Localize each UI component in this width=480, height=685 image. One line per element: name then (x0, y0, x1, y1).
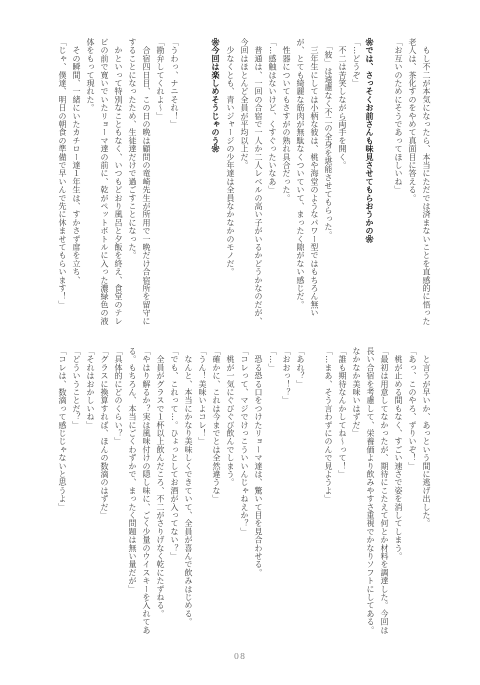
text-line: 「…どうぞ」 (349, 38, 363, 327)
text-line: 桃が止める間もなく、すごい速さで姿を消してしまう。 (391, 347, 405, 636)
emphasis-line: ❀では、さっそくお前さんも味見させてもらおうかの❀ (363, 38, 377, 327)
text-line: 合宿四日目、この日の晩は顧問の竜崎先生が所用で一晩だけ合宿所を留守にすることにな… (125, 38, 153, 327)
text-line: 「彼」は遠慮なく不二の全身を堪能させてもらった。 (321, 38, 335, 327)
text-line: その瞬間、一緒にいたカチロー達１年生は、すかさず席を立ち、 (69, 38, 83, 327)
text-line: 「おおっ！？」 (279, 347, 293, 636)
text-line: 「でも、これって…。ひょっとしてお酒が入ってない？」 (167, 347, 181, 636)
text-line: 「うわっ、ナニそれ！」 (167, 38, 181, 327)
text-line: 「勘弁してくれよ～」 (153, 38, 167, 327)
text-line: 「最初は用意してなかったが、期待にこたえて何とか材料を調達した。今回は長い合宿を… (349, 347, 391, 636)
text-line: 「コレって、マジでけっこういいんじゃねえか？」 (237, 347, 251, 636)
text-line: 恐る恐る口をつけたリョーマ達は、驚いて目を見合わせる。 (251, 347, 265, 636)
text-line: 「やはり解るか？実は風味付けの隠し味に、ごく少量のウイスキーを入れてある。もちろ… (125, 347, 153, 636)
text-line: 「グラスに換算すれば、ほんの数滴のはずだ」 (97, 347, 111, 636)
text-line: 「それはおかしいね」 (83, 347, 97, 636)
text-tier-upper: もし不二が本気になったら、本当にただでは済まないことを直感的に悟った老人は、茶化… (55, 38, 433, 327)
blank-line (195, 38, 209, 327)
text-line: 「…感触はないけど、くすぐったいなあ」 (265, 38, 279, 327)
text-line: 「あれ？」 (293, 347, 307, 636)
text-line: 「具体的にどのくらい？」 (111, 347, 125, 636)
emphasis-line: ❀今回は楽しめそうじゃのう❀ (209, 38, 223, 327)
text-line: 普通は、一回の合宿で一人か二人レベルの高い子がいるかどうかなのだが、今回はほとん… (237, 38, 265, 327)
text-line: 「お互いのためにそうであってほしいね」 (391, 38, 405, 327)
text-line: 「確かに、これは今までとは全然違うな」 (209, 347, 223, 636)
blank-line (377, 38, 391, 327)
text-line: 「…まあ、そう言わずにのんで見ようよ」 (321, 347, 335, 636)
document-page: もし不二が本気になったら、本当にただでは済まないことを直感的に悟った老人は、茶化… (0, 0, 480, 685)
text-line: かといって特別なこともなく、いつもどおり風呂と夕飯を終え、食堂のテレビの前で寛い… (83, 38, 125, 327)
text-line: 少なくとも、青いジャージの少年達は全員なかなかのモノだ。 (223, 38, 237, 327)
blank-line (307, 347, 321, 636)
blank-line (181, 38, 195, 327)
text-line: 全員がグラスで１杯以上飲んだころ、不二がさりげなく乾にたずねる。 (153, 347, 167, 636)
text-line: もし不二が本気になったら、本当にただでは済まないことを直感的に悟った老人は、茶化… (405, 38, 433, 327)
text-line: 「コレは、数滴って感じじゃないと思うよ」 (55, 347, 69, 636)
text-line: 性器についてもさすがの熟れ具合だった。 (279, 38, 293, 327)
text-line: 「じゃ、僕達、明日の朝食の準備で早いんで先に休ませてもらいます！」 (55, 38, 69, 327)
text-line: と言うが早いか、あっという間に逃げ出した。 (419, 347, 433, 636)
text-line: 「あっ、このやろ、ずりいぞ！」 (405, 347, 419, 636)
text-line: なんと、本当にかなり美味しくできていて、全員が喜んで飲みはじめる。 (181, 347, 195, 636)
page-number: 08 (0, 652, 480, 661)
text-line: 桃が一気にぐびぐび飲んでしまう。 (223, 347, 237, 636)
text-line: 三年生にしては小柄な彼は、桃や海堂のようなパワー型ではもちろん無いが、とても綺麗… (293, 38, 321, 327)
text-line: 不二は苦笑しながら両手を開く。 (335, 38, 349, 327)
text-tier-lower: と言うが早いか、あっという間に逃げ出した。「あっ、このやろ、ずりいぞ！」 桃が止… (55, 347, 433, 636)
text-line: 「どういうことだ？」 (69, 347, 83, 636)
text-line: 「…」 (265, 347, 279, 636)
text-line: 「うん！美味いよコレ！」 (195, 347, 209, 636)
text-line: 「誰も期待なんかしてね～って！」 (335, 347, 349, 636)
